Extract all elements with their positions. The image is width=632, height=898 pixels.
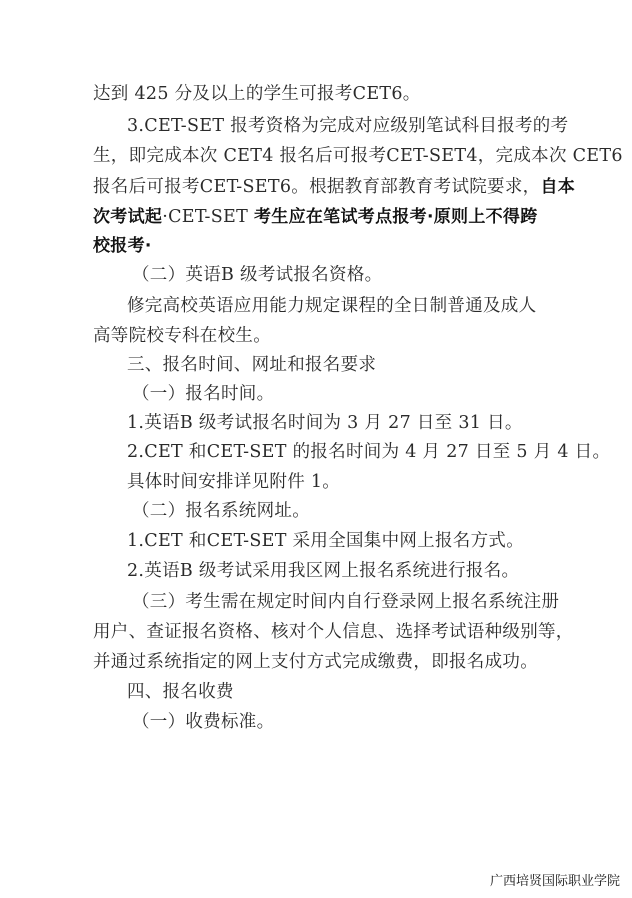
text-line: 修完高校英语应用能力规定课程的全日制普通及成人	[127, 296, 536, 316]
bold-text: 自本	[540, 177, 575, 197]
section-heading: 三、报名时间、网址和报名要求	[127, 355, 376, 375]
bold-text: 次考试起	[93, 207, 162, 227]
document-page: 达到 425 分及以上的学生可报考CET6。 3.CET-SET 报考资格为完成…	[0, 0, 632, 898]
section-heading: （二）英语B 级考试报名资格。	[132, 265, 382, 285]
text-line: 高等院校专科在校生。	[93, 326, 271, 346]
text-line: 2.英语B 级考试采用我区网上报名系统进行报名。	[127, 561, 519, 581]
bold-text: 考生应在笔试考点报考·原则上不得跨	[254, 207, 538, 227]
text-line: 报名后可报考CET-SET6。根据教育部教育考试院要求，自本	[93, 177, 575, 197]
text-line: （三）考生需在规定时间内自行登录网上报名系统注册	[132, 592, 559, 612]
text-span: 报名后可报考CET-SET6。根据教育部教育考试院要求，	[93, 177, 540, 197]
text-line: 具体时间安排详见附件 1。	[127, 472, 340, 492]
text-line: 达到 425 分及以上的学生可报考CET6。	[93, 84, 421, 104]
text-line: 用户、查证报名资格、核对个人信息、选择考试语种级别等，	[93, 622, 574, 642]
text-line: 生，即完成本次 CET4 报名后可报考CET-SET4，完成本次 CET6	[93, 146, 623, 166]
section-heading: （一）报名时间。	[132, 384, 274, 404]
institution-watermark: 广西培贤国际职业学院	[490, 870, 620, 889]
section-heading: 四、报名收费	[127, 682, 234, 702]
text-line: 次考试起·CET-SET 考生应在笔试考点报考·原则上不得跨	[93, 207, 538, 227]
section-heading: （一）收费标准。	[132, 712, 274, 732]
text-line: 并通过系统指定的网上支付方式完成缴费，即报名成功。	[93, 652, 538, 672]
text-line: 1.英语B 级考试报名时间为 3 月 27 日至 31 日。	[127, 413, 523, 433]
section-heading: （二）报名系统网址。	[132, 501, 310, 521]
text-line: 3.CET-SET 报考资格为完成对应级别笔试科目报考的考	[127, 116, 568, 136]
bold-text: 校报考·	[93, 236, 152, 256]
text-line: 2.CET 和CET-SET 的报名时间为 4 月 27 日至 5 月 4 日。	[127, 442, 610, 462]
text-line: 1.CET 和CET-SET 采用全国集中网上报名方式。	[127, 531, 524, 551]
text-span: ·CET-SET	[162, 207, 254, 227]
